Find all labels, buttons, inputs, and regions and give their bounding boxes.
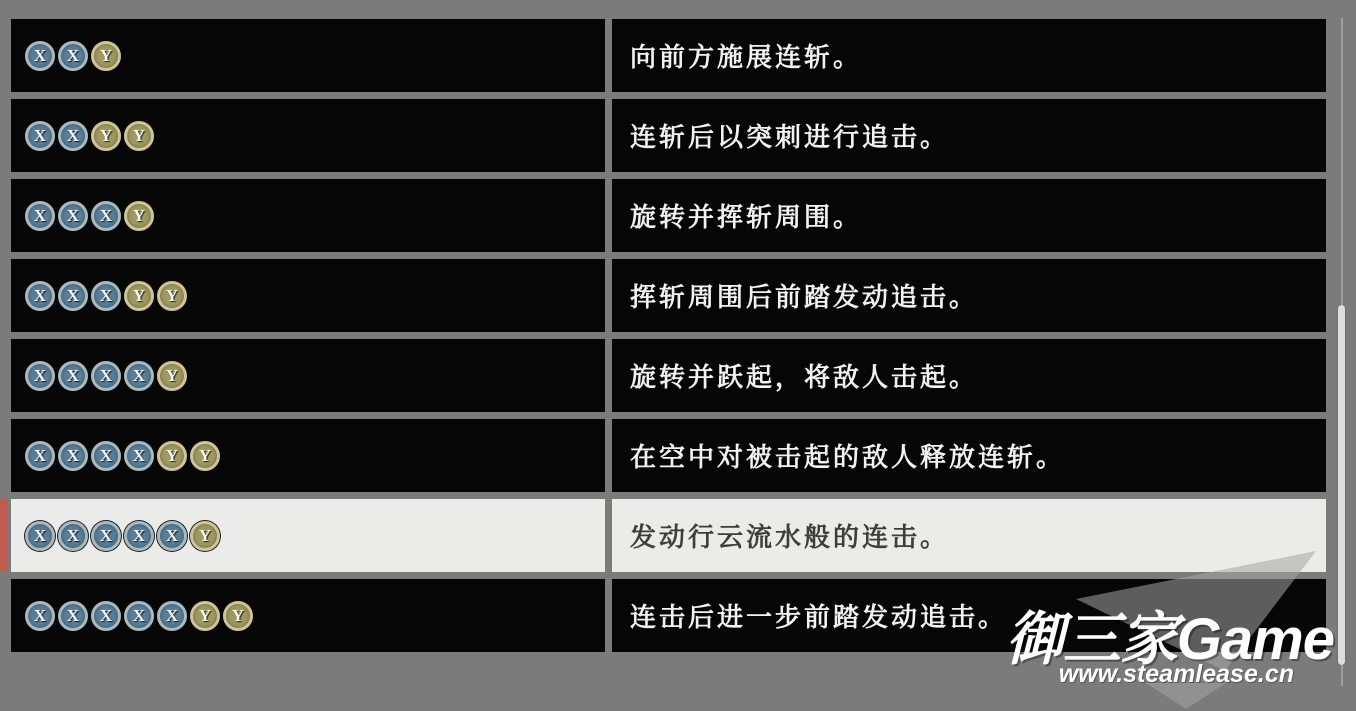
x-button-icon: X	[25, 121, 55, 151]
combo-cell: XXY	[11, 19, 605, 92]
x-button-icon: X	[58, 601, 88, 631]
selected-row-marker	[0, 499, 8, 572]
x-button-icon: X	[124, 521, 154, 551]
description-cell: 旋转并挥斩周围。	[612, 179, 1326, 252]
combo-buttons: XXXXY	[25, 361, 187, 391]
y-button-icon: Y	[124, 201, 154, 231]
description-cell: 连斩后以突刺进行追击。	[612, 99, 1326, 172]
combo-cell: XXXYY	[11, 259, 605, 332]
x-button-icon: X	[91, 521, 121, 551]
y-button-icon: Y	[91, 121, 121, 151]
combo-description: 向前方施展连斩。	[630, 37, 862, 74]
y-button-icon: Y	[190, 521, 220, 551]
x-button-icon: X	[25, 281, 55, 311]
combo-row[interactable]: XXXXYY 在空中对被击起的敌人释放连斩。	[0, 419, 1356, 492]
x-button-icon: X	[157, 601, 187, 631]
combo-cell: XXXXYY	[11, 419, 605, 492]
x-button-icon: X	[124, 361, 154, 391]
combo-row[interactable]: XXXYY 挥斩周围后前踏发动追击。	[0, 259, 1356, 332]
combo-description: 旋转并挥斩周围。	[630, 197, 862, 234]
x-button-icon: X	[58, 121, 88, 151]
y-button-icon: Y	[157, 441, 187, 471]
x-button-icon: X	[25, 361, 55, 391]
y-button-icon: Y	[124, 281, 154, 311]
x-button-icon: X	[25, 201, 55, 231]
description-cell: 挥斩周围后前踏发动追击。	[612, 259, 1326, 332]
combo-row[interactable]: XXXXXY 发动行云流水般的连击。	[0, 499, 1356, 572]
combo-row[interactable]: XXY 向前方施展连斩。	[0, 19, 1356, 92]
x-button-icon: X	[58, 521, 88, 551]
description-cell: 连击后进一步前踏发动追击。	[612, 579, 1326, 652]
x-button-icon: X	[91, 601, 121, 631]
combo-buttons: XXXXYY	[25, 441, 220, 471]
combo-description: 发动行云流水般的连击。	[630, 517, 949, 554]
combo-cell: XXXXXY	[11, 499, 605, 572]
x-button-icon: X	[91, 281, 121, 311]
x-button-icon: X	[25, 601, 55, 631]
x-button-icon: X	[157, 521, 187, 551]
x-button-icon: X	[58, 281, 88, 311]
y-button-icon: Y	[91, 41, 121, 71]
combo-buttons: XXXXXYY	[25, 601, 253, 631]
combo-cell: XXXXY	[11, 339, 605, 412]
y-button-icon: Y	[157, 281, 187, 311]
description-cell: 发动行云流水般的连击。	[612, 499, 1326, 572]
combo-cell: XXYY	[11, 99, 605, 172]
x-button-icon: X	[58, 41, 88, 71]
x-button-icon: X	[91, 201, 121, 231]
description-cell: 向前方施展连斩。	[612, 19, 1326, 92]
x-button-icon: X	[91, 441, 121, 471]
y-button-icon: Y	[190, 441, 220, 471]
combo-buttons: XXYY	[25, 121, 154, 151]
y-button-icon: Y	[190, 601, 220, 631]
combo-description: 连击后进一步前踏发动追击。	[630, 597, 1007, 634]
combo-row[interactable]: XXXXXYY 连击后进一步前踏发动追击。	[0, 579, 1356, 652]
combo-cell: XXXXXYY	[11, 579, 605, 652]
x-button-icon: X	[124, 601, 154, 631]
x-button-icon: X	[25, 41, 55, 71]
combo-description: 在空中对被击起的敌人释放连斩。	[630, 437, 1065, 474]
combo-row[interactable]: XXYY 连斩后以突刺进行追击。	[0, 99, 1356, 172]
combo-cell: XXXY	[11, 179, 605, 252]
x-button-icon: X	[25, 441, 55, 471]
y-button-icon: Y	[157, 361, 187, 391]
scrollbar-thumb[interactable]	[1338, 305, 1345, 665]
combo-description: 旋转并跃起，将敌人击起。	[630, 357, 978, 394]
y-button-icon: Y	[124, 121, 154, 151]
x-button-icon: X	[25, 521, 55, 551]
combo-buttons: XXXXXY	[25, 521, 220, 551]
x-button-icon: X	[58, 441, 88, 471]
y-button-icon: Y	[223, 601, 253, 631]
combo-description: 挥斩周围后前踏发动追击。	[630, 277, 978, 314]
description-cell: 在空中对被击起的敌人释放连斩。	[612, 419, 1326, 492]
combo-row[interactable]: XXXXY 旋转并跃起，将敌人击起。	[0, 339, 1356, 412]
x-button-icon: X	[124, 441, 154, 471]
x-button-icon: X	[58, 361, 88, 391]
description-cell: 旋转并跃起，将敌人击起。	[612, 339, 1326, 412]
watermark-logo-shape-small	[1146, 683, 1226, 709]
x-button-icon: X	[91, 361, 121, 391]
combo-buttons: XXXYY	[25, 281, 187, 311]
combo-description: 连斩后以突刺进行追击。	[630, 117, 949, 154]
combo-buttons: XXXY	[25, 201, 154, 231]
x-button-icon: X	[58, 201, 88, 231]
combo-list-screen: XXY 向前方施展连斩。 XXYY 连斩后以突刺进行追击。 XXXY 旋转并挥斩…	[0, 0, 1356, 711]
watermark-url: www.steamlease.cn	[1059, 662, 1294, 687]
combo-row[interactable]: XXXY 旋转并挥斩周围。	[0, 179, 1356, 252]
combo-buttons: XXY	[25, 41, 121, 71]
